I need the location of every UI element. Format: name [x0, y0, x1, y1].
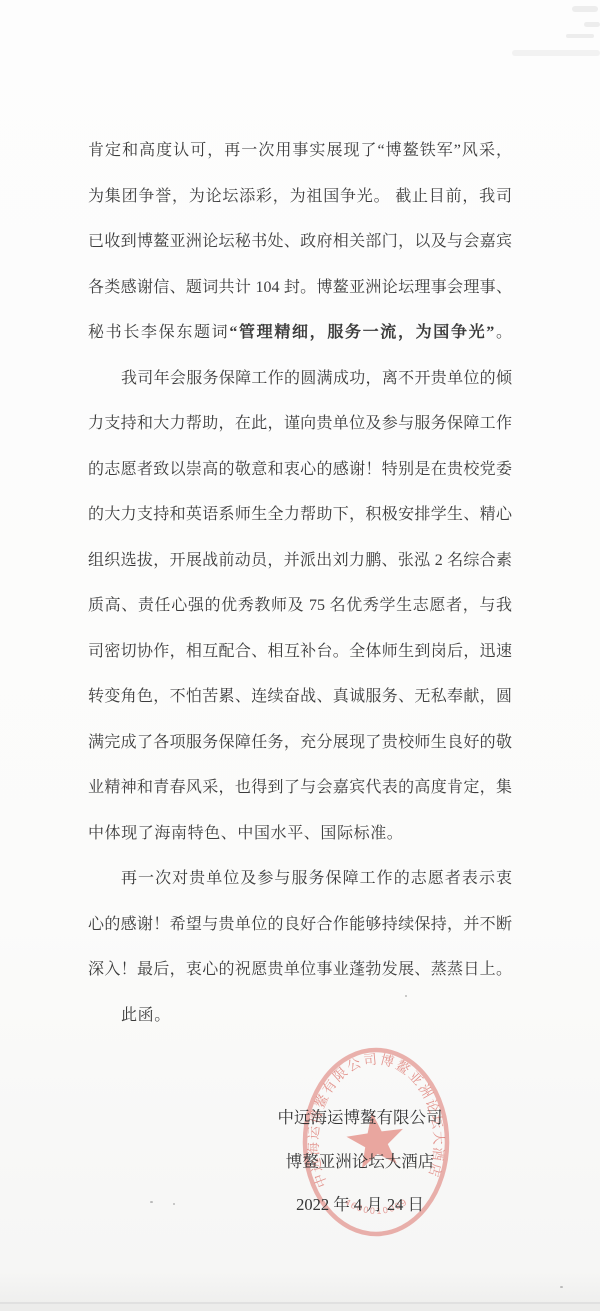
- body-line: 司密切协作，相互配合、相互补台。全体师生到岗后，迅速: [88, 629, 512, 675]
- letter-page: 肯定和高度认可，再一次用事实展现了“博鳌铁军”风采， 为集团争誉，为论坛添彩，为…: [0, 0, 600, 1311]
- body-line: 再一次对贵单位及参与服务保障工作的志愿者表示衷: [88, 856, 512, 902]
- quote-period: 。: [494, 324, 512, 341]
- paragraph-1: 肯定和高度认可，再一次用事实展现了“博鳌铁军”风采， 为集团争誉，为论坛添彩，为…: [88, 128, 512, 356]
- body-line: 为集团争誉，为论坛添彩，为祖国争光。 截止目前，我司: [88, 174, 512, 220]
- body-line: 我司年会服务保障工作的圆满成功，离不开贵单位的倾: [88, 356, 512, 402]
- scan-speck: [150, 1201, 153, 1203]
- scan-smudge: [572, 6, 598, 12]
- closing-line: 此函。: [88, 993, 512, 1039]
- body-line: 力支持和大力帮助，在此，谨向贵单位及参与服务保障工作: [88, 401, 512, 447]
- body-line: 满完成了各项服务保障任务，充分展现了贵校师生良好的敬: [88, 720, 512, 766]
- body-line: 组织选拔，开展战前动员，并派出刘力鹏、张泓 2 名综合素: [88, 538, 512, 584]
- scan-smudge: [512, 50, 600, 56]
- signature-date: 2022 年 4 月 24 日: [258, 1183, 462, 1227]
- scan-smudge: [566, 34, 594, 38]
- body-line: 各类感谢信、题词共计 104 封。博鳌亚洲论坛理事会理事、: [88, 265, 512, 311]
- body-line: 质高、责任心强的优秀教师及 75 名优秀学生志愿者，与我: [88, 583, 512, 629]
- body-line: 的志愿者致以崇高的敬意和衷心的感谢！特别是在贵校党委: [88, 447, 512, 493]
- body-line: 业精神和青春风采，也得到了与会嘉宾代表的高度肯定，集: [88, 765, 512, 811]
- body-line: 的大力支持和英语系师生全力帮助下，积极安排学生、精心: [88, 492, 512, 538]
- body-line: 转变角色，不怕苦累、连续奋战、真诚服务、无私奉献，圆: [88, 674, 512, 720]
- body-line: 已收到博鳌亚洲论坛秘书处、政府相关部门，以及与会嘉宾: [88, 219, 512, 265]
- body-line: 中体现了海南特色、中国水平、国际标准。: [88, 811, 512, 857]
- body-line: 心的感谢！希望与贵单位的良好合作能够持续保持，并不断: [88, 902, 512, 948]
- body-line: 深入！最后，衷心的祝愿贵单位事业蓬勃发展、蒸蒸日上。: [88, 947, 512, 993]
- signature-company: 中远海运博鳌有限公司: [258, 1096, 462, 1140]
- scan-speck: [173, 1203, 175, 1205]
- scan-smudge: [584, 22, 600, 27]
- scan-speck: [560, 1286, 563, 1288]
- body-line-with-quote: 秘书长李保东题词“管理精细，服务一流，为国争光”。: [88, 310, 512, 356]
- inscription-quote: “管理精细，服务一流，为国争光”: [229, 324, 494, 341]
- signature-hotel: 博鳌亚洲论坛大酒店: [258, 1140, 462, 1184]
- paragraph-2: 我司年会服务保障工作的圆满成功，离不开贵单位的倾 力支持和大力帮助，在此，谨向贵…: [88, 356, 512, 857]
- letter-body: 肯定和高度认可，再一次用事实展现了“博鳌铁军”风采， 为集团争誉，为论坛添彩，为…: [88, 128, 512, 1038]
- paragraph-3: 再一次对贵单位及参与服务保障工作的志愿者表示衷 心的感谢！希望与贵单位的良好合作…: [88, 856, 512, 993]
- body-line: 肯定和高度认可，再一次用事实展现了“博鳌铁军”风采，: [88, 128, 512, 174]
- scan-edge-shade: [0, 1304, 600, 1311]
- signature-block: 中远海运博鳌有限公司 博鳌亚洲论坛大酒店 2022 年 4 月 24 日: [258, 1096, 462, 1227]
- quote-prefix: 秘书长李保东题词: [88, 324, 229, 341]
